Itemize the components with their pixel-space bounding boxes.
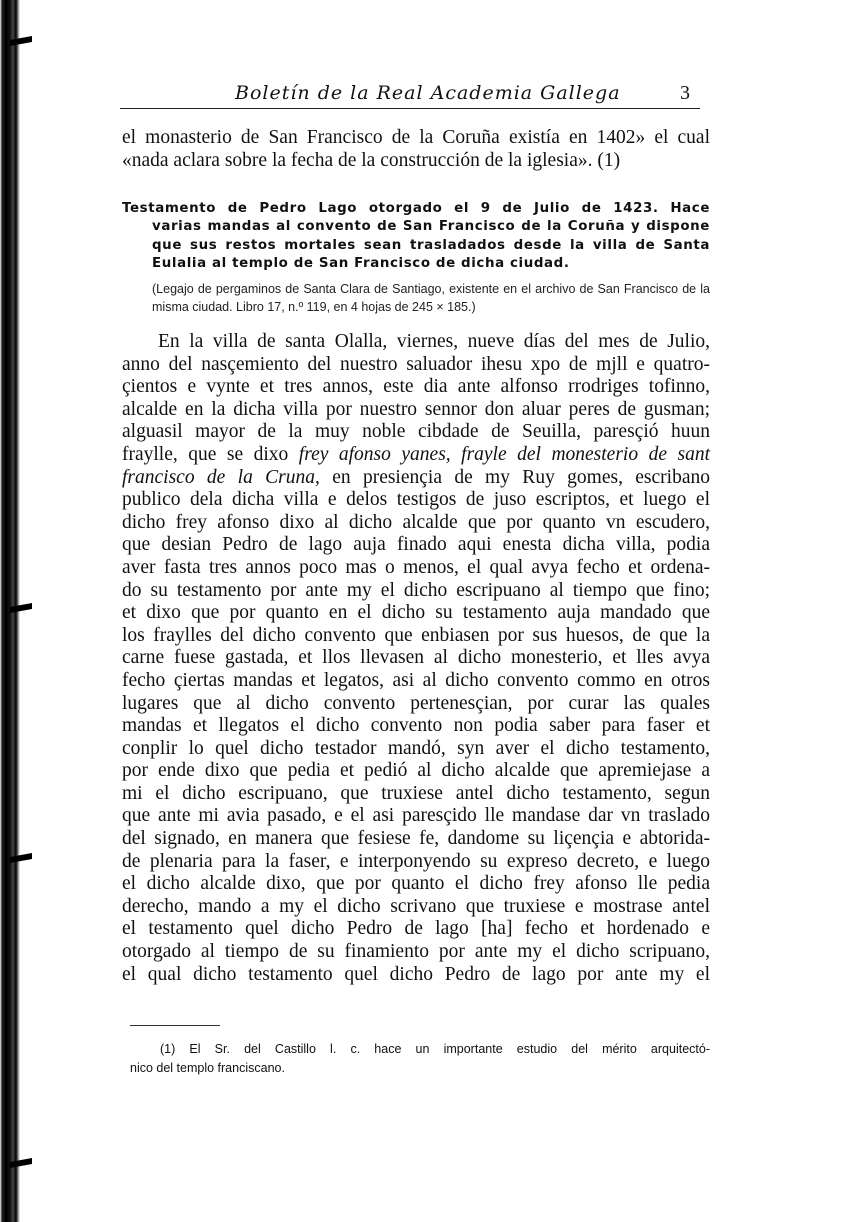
text-line: que ante mi avia pasado, e el asi paresç… <box>122 805 710 828</box>
text-line: carne fuese gastada, et llos llevasen al… <box>122 647 710 670</box>
text-line: otorgado al tiempo de su finamiento por … <box>122 941 710 964</box>
text-line: el qual dicho testamento quel dicho Pedr… <box>122 964 710 987</box>
footnote-line: (1) El Sr. del Castillo l. c. hace un im… <box>130 1040 710 1059</box>
heading-continuation: varias mandas al convento de San Francis… <box>122 218 710 273</box>
running-header: Boletín de la Real Academia Gallega 3 <box>120 80 700 110</box>
text-line: et dixo que por quanto en el dicho su te… <box>122 602 710 625</box>
text-line: dicho frey afonso dixo al dicho alcalde … <box>122 512 710 535</box>
footnote: (1) El Sr. del Castillo l. c. hace un im… <box>130 1040 710 1078</box>
text-line: del signado, en manera que fesiese fe, d… <box>122 828 710 851</box>
text-line: aver fasta tres annos poco mas o menos, … <box>122 557 710 580</box>
text-line: el dicho alcalde dixo, que por quanto el… <box>122 873 710 896</box>
text-line: mi el dicho escripuano, que truxiese ant… <box>122 783 710 806</box>
heading-first-line: Testamento de Pedro Lago otorgado el 9 d… <box>122 200 710 218</box>
text-line: por ende dixo que pedia et pedió al dich… <box>122 760 710 783</box>
text-line: que desian Pedro de lago auja finado aqu… <box>122 534 710 557</box>
intro-paragraph: el monasterio de San Francisco de la Cor… <box>122 127 710 172</box>
header-rule <box>120 108 700 109</box>
text-line: los fraylles del dicho convento que enbi… <box>122 625 710 648</box>
text-line: çientos e vynte et tres annos, este dia … <box>122 376 710 399</box>
footnote-line: nico del templo franciscano. <box>130 1059 710 1078</box>
text-line: «nada aclara sobre la fecha de la constr… <box>122 150 710 173</box>
text-line-mixed: fraylle, que se dixo frey afonso yanes, … <box>122 444 710 467</box>
document-source-note: (Legajo de pergaminos de Santa Clara de … <box>152 280 710 316</box>
plain-text: fraylle, que se dixo <box>122 444 299 465</box>
text-line: mandas et llegatos el dicho convento non… <box>122 715 710 738</box>
text-line: el monasterio de San Francisco de la Cor… <box>122 127 710 150</box>
italic-text: frey afonso yanes, frayle del monesterio… <box>299 444 710 465</box>
text-line: lugares que al dicho convento pertenesçi… <box>122 693 710 716</box>
text-line: derecho, mando a my el dicho scrivano qu… <box>122 896 710 919</box>
footnote-separator <box>130 1025 220 1026</box>
text-line: el testamento quel dicho Pedro de lago [… <box>122 918 710 941</box>
text-line-mixed: francisco de la Cruna, en presiençia de … <box>122 467 710 490</box>
text-line: publico dela dicha villa e delos testigo… <box>122 489 710 512</box>
text-line: do su testamento por ante my el dicho es… <box>122 580 710 603</box>
page-number: 3 <box>680 82 690 105</box>
document-heading: Testamento de Pedro Lago otorgado el 9 d… <box>122 200 710 273</box>
body-paragraph: En la villa de santa Olalla, viernes, nu… <box>122 331 710 986</box>
text-line: anno del nasçemiento del nuestro saluado… <box>122 354 710 377</box>
italic-text: francisco de la Cruna, <box>122 467 320 488</box>
text-line: alcalde en la dicha villa por nuestro se… <box>122 399 710 422</box>
text-line: alguasil mayor de la muy noble cibdade d… <box>122 421 710 444</box>
journal-title: Boletín de la Real Academia Gallega <box>235 82 621 104</box>
text-line: fecho çiertas mandas et legatos, asi al … <box>122 670 710 693</box>
text-line: de plenaria para la faser, e interponyen… <box>122 851 710 874</box>
text-line: En la villa de santa Olalla, viernes, nu… <box>122 331 710 354</box>
text-line: conplir lo quel dicho testador mandó, sy… <box>122 738 710 761</box>
plain-text: en presiençia de my Ruy gomes, escribano <box>320 467 710 488</box>
